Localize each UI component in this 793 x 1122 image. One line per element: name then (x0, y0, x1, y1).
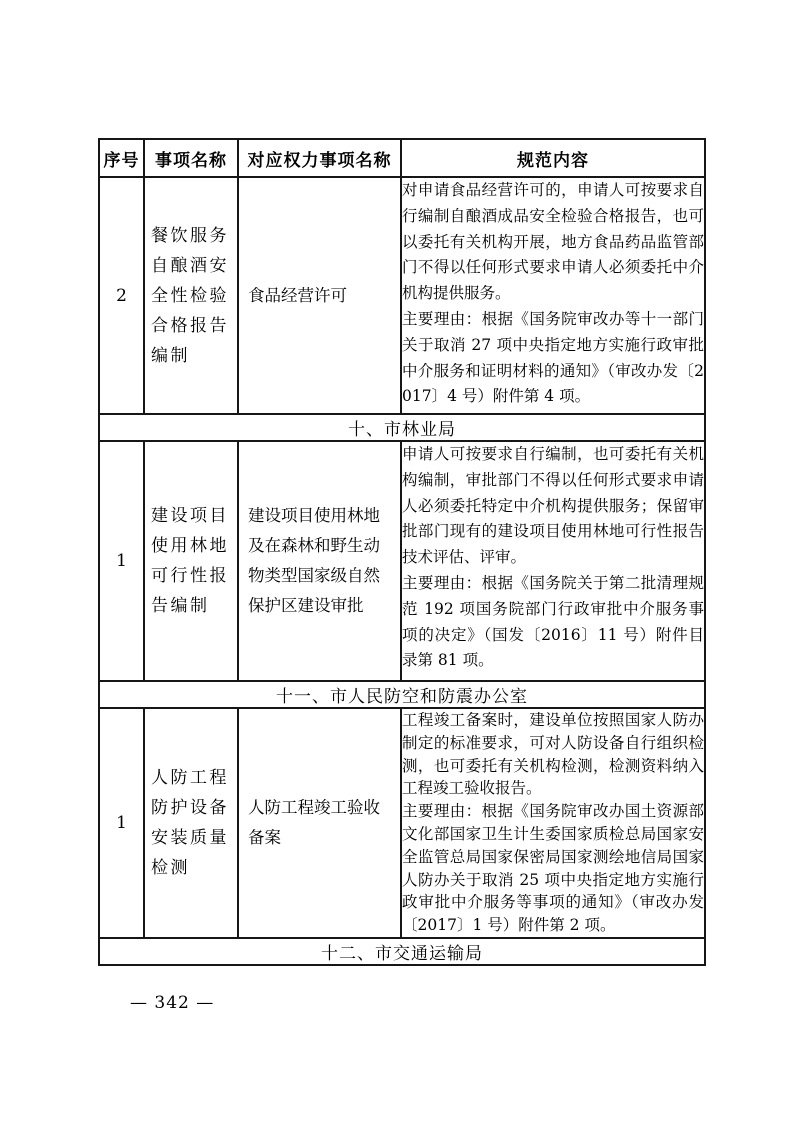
item-name-text: 人防工程防护设备安装质量检测 (151, 763, 231, 883)
table-row: 1 建设项目使用林地可行性报告编制 建设项目使用林地及在森林和野生动物类型国家级… (99, 441, 705, 681)
section-row: 十一、市人民防空和防震办公室 (99, 681, 705, 708)
cell-item-name: 人防工程防护设备安装质量检测 (144, 708, 238, 938)
cell-item-name: 建设项目使用林地可行性报告编制 (144, 441, 238, 681)
content-main-text: 对申请食品经营许可的，申请人可按要求自行编制自酿酒成品安全检验合格报告，也可以委… (402, 178, 704, 307)
power-name-text: 人防工程竣工验收备案 (248, 793, 396, 853)
item-name-text: 建设项目使用林地可行性报告编制 (151, 501, 231, 621)
col-header-seq: 序号 (99, 139, 144, 177)
cell-content: 工程竣工备案时，建设单位按照国家人防办制定的标准要求，可对人防设备自行组织检测，… (401, 708, 705, 938)
power-name-text: 建设项目使用林地及在森林和野生动物类型国家级自然保护区建设审批 (248, 501, 396, 621)
section-row: 十、市林业局 (99, 414, 705, 441)
content-main-text: 工程竣工备案时，建设单位按照国家人防办制定的标准要求，可对人防设备自行组织检测，… (402, 709, 704, 800)
table-row: 1 人防工程防护设备安装质量检测 人防工程竣工验收备案 工程竣工备案时，建设单位… (99, 708, 705, 938)
section-row: 十二、市交通运输局 (99, 938, 705, 965)
section-label: 十二、市交通运输局 (99, 938, 705, 965)
content-reason-text: 主要理由：根据《国务院审改办等十一部门关于取消 27 项中央指定地方实施行政审批… (402, 307, 704, 410)
cell-content: 对申请食品经营许可的，申请人可按要求自行编制自酿酒成品安全检验合格报告，也可以委… (401, 177, 705, 414)
cell-seq: 1 (99, 708, 144, 938)
cell-power-name: 食品经营许可 (238, 177, 401, 414)
section-label: 十、市林业局 (99, 414, 705, 441)
cell-seq: 1 (99, 441, 144, 681)
cell-power-name: 建设项目使用林地及在森林和野生动物类型国家级自然保护区建设审批 (238, 441, 401, 681)
document-page: 序号 事项名称 对应权力事项名称 规范内容 2 餐饮服务自酿酒安全性检验合格报告… (0, 0, 793, 1122)
cell-item-name: 餐饮服务自酿酒安全性检验合格报告编制 (144, 177, 238, 414)
col-header-power-name: 对应权力事项名称 (238, 139, 401, 177)
content-reason-text: 主要理由：根据《国务院关于第二批清理规范 192 项国务院部门行政审批中介服务事… (402, 571, 704, 674)
power-name-text: 食品经营许可 (248, 281, 396, 311)
table-header-row: 序号 事项名称 对应权力事项名称 规范内容 (99, 139, 705, 177)
section-label: 十一、市人民防空和防震办公室 (99, 681, 705, 708)
table-row: 2 餐饮服务自酿酒安全性检验合格报告编制 食品经营许可 对申请食品经营许可的，申… (99, 177, 705, 414)
content-main-text: 申请人可按要求自行编制，也可委托有关机构编制，审批部门不得以任何形式要求申请人必… (402, 442, 704, 571)
cell-power-name: 人防工程竣工验收备案 (238, 708, 401, 938)
cell-seq: 2 (99, 177, 144, 414)
page-number: — 342 — (130, 993, 214, 1013)
col-header-item-name: 事项名称 (144, 139, 238, 177)
item-name-text: 餐饮服务自酿酒安全性检验合格报告编制 (151, 221, 231, 371)
regulation-table: 序号 事项名称 对应权力事项名称 规范内容 2 餐饮服务自酿酒安全性检验合格报告… (98, 138, 706, 966)
cell-content: 申请人可按要求自行编制，也可委托有关机构编制，审批部门不得以任何形式要求申请人必… (401, 441, 705, 681)
col-header-content: 规范内容 (401, 139, 705, 177)
content-reason-text: 主要理由：根据《国务院审改办国土资源部文化部国家卫生计生委国家质检总局国家安全监… (402, 800, 704, 937)
